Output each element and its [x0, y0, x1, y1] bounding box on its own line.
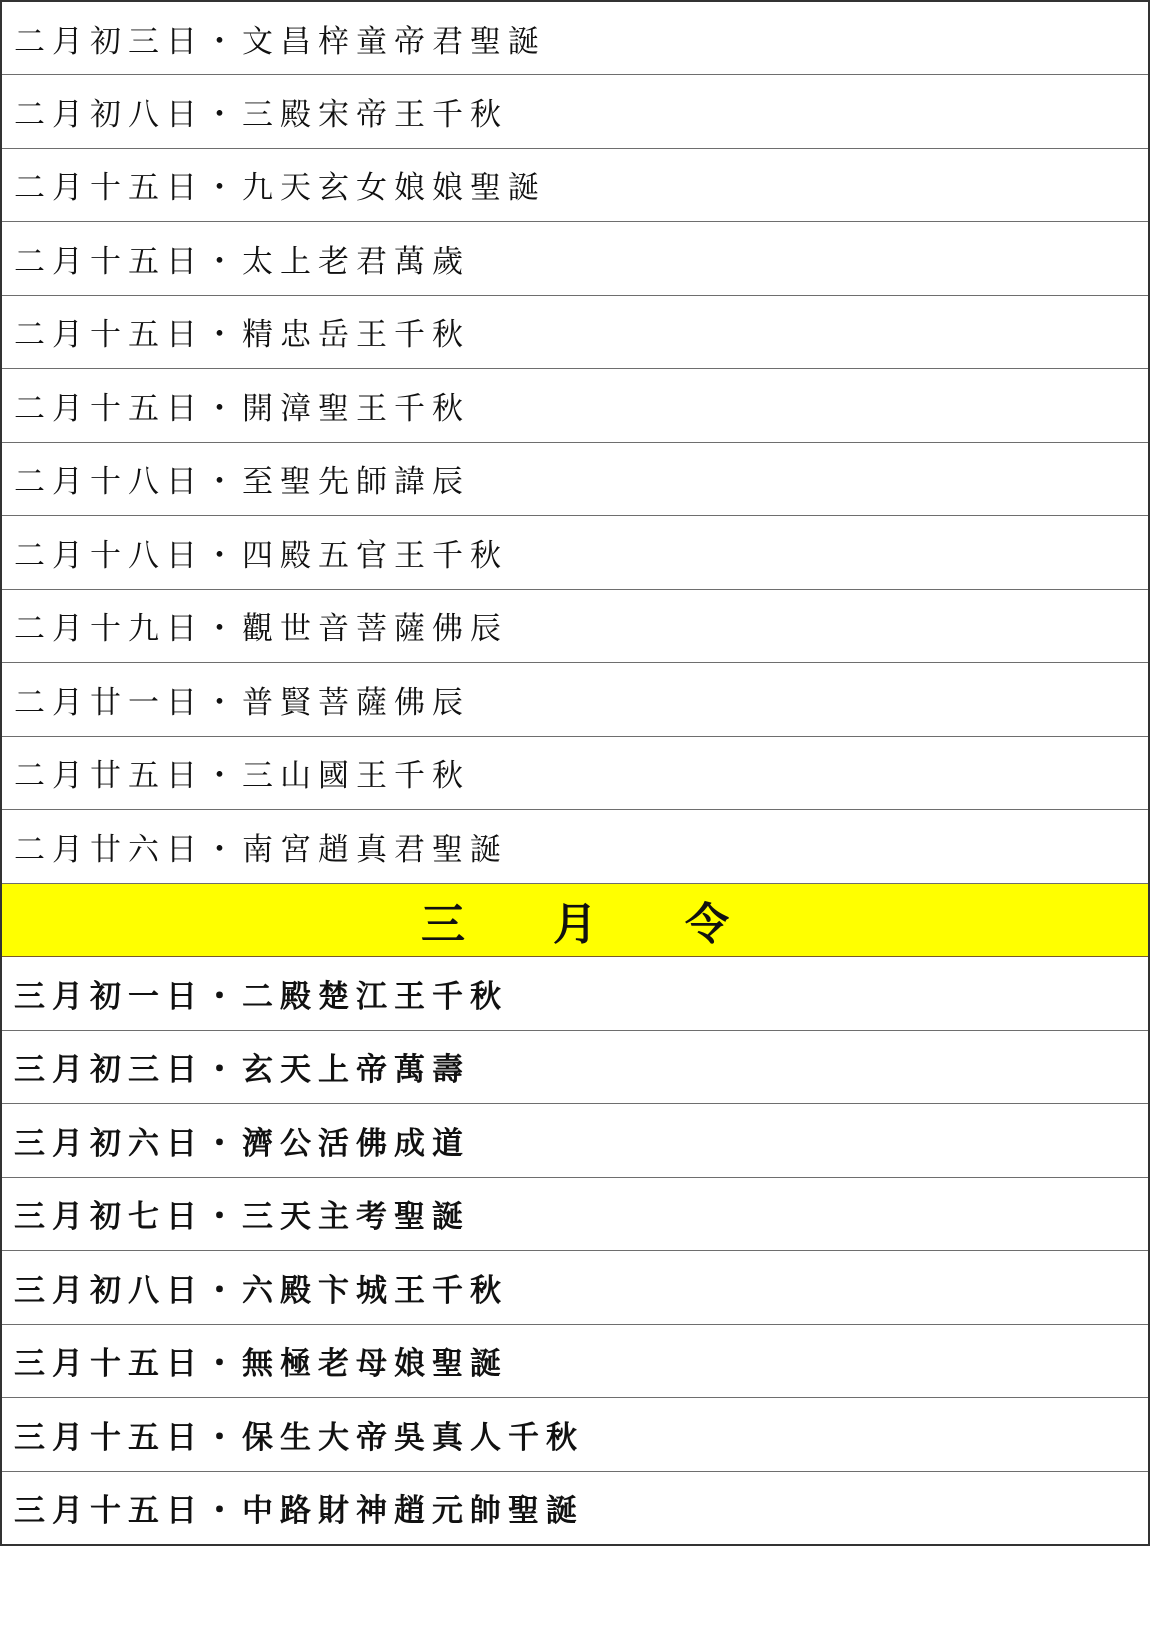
calendar-entry: 三月十五日・中路財神趙元帥聖誕 — [1, 1471, 1149, 1545]
separator-dot: ・ — [204, 391, 242, 427]
entry-date: 二月十五日 — [14, 244, 204, 280]
calendar-entry: 三月初六日・濟公活佛成道 — [1, 1104, 1149, 1178]
calendar-entry: 三月十五日・保生大帝吳真人千秋 — [1, 1398, 1149, 1472]
entry-date: 二月十九日 — [14, 611, 204, 647]
month-header-char: 月 — [553, 888, 597, 952]
separator-dot: ・ — [204, 979, 242, 1015]
entry-event: 三殿宋帝王千秋 — [242, 97, 508, 133]
separator-dot: ・ — [204, 1199, 242, 1235]
entry-event: 三天主考聖誕 — [242, 1199, 470, 1235]
entry-date: 二月廿五日 — [14, 758, 204, 794]
separator-dot: ・ — [204, 24, 242, 60]
separator-dot: ・ — [204, 1052, 242, 1088]
calendar-entry: 二月廿一日・普賢菩薩佛辰 — [1, 663, 1149, 737]
table-row: 二月十五日・太上老君萬歲 — [1, 222, 1149, 296]
separator-dot: ・ — [204, 538, 242, 574]
separator-dot: ・ — [204, 1493, 242, 1529]
entry-date: 二月廿一日 — [14, 685, 204, 721]
calendar-entry: 三月初三日・玄天上帝萬壽 — [1, 1030, 1149, 1104]
table-row: 二月廿一日・普賢菩薩佛辰 — [1, 663, 1149, 737]
month-header: 三月令 — [1, 883, 1149, 957]
table-row: 二月廿五日・三山國王千秋 — [1, 736, 1149, 810]
table-row: 三月初六日・濟公活佛成道 — [1, 1104, 1149, 1178]
separator-dot: ・ — [204, 317, 242, 353]
entry-event: 至聖先師諱辰 — [242, 464, 470, 500]
deity-birthday-calendar-table: 二月初三日・文昌梓童帝君聖誕 二月初八日・三殿宋帝王千秋 二月十五日・九天玄女娘… — [0, 0, 1150, 1546]
separator-dot: ・ — [204, 1126, 242, 1162]
calendar-entry: 二月初三日・文昌梓童帝君聖誕 — [1, 1, 1149, 75]
table-row: 二月初三日・文昌梓童帝君聖誕 — [1, 1, 1149, 75]
table-row: 二月十五日・九天玄女娘娘聖誕 — [1, 148, 1149, 222]
entry-date: 二月十八日 — [14, 464, 204, 500]
separator-dot: ・ — [204, 1346, 242, 1382]
table-row: 三月初七日・三天主考聖誕 — [1, 1177, 1149, 1251]
entry-date: 二月初八日 — [14, 97, 204, 133]
entry-event: 無極老母娘聖誕 — [242, 1346, 508, 1382]
table-row: 二月十八日・至聖先師諱辰 — [1, 442, 1149, 516]
table-row: 三月十五日・中路財神趙元帥聖誕 — [1, 1471, 1149, 1545]
table-row: 三月十五日・保生大帝吳真人千秋 — [1, 1398, 1149, 1472]
calendar-entry: 二月十五日・太上老君萬歲 — [1, 222, 1149, 296]
separator-dot: ・ — [204, 97, 242, 133]
entry-event: 六殿卞城王千秋 — [242, 1273, 508, 1309]
table-row: 二月初八日・三殿宋帝王千秋 — [1, 75, 1149, 149]
entry-date: 三月十五日 — [14, 1346, 204, 1382]
calendar-entry: 二月廿六日・南宮趙真君聖誕 — [1, 810, 1149, 884]
separator-dot: ・ — [204, 685, 242, 721]
calendar-entry: 二月十九日・觀世音菩薩佛辰 — [1, 589, 1149, 663]
separator-dot: ・ — [204, 170, 242, 206]
entry-event: 太上老君萬歲 — [242, 244, 470, 280]
table-row: 三月初一日・二殿楚江王千秋 — [1, 957, 1149, 1031]
entry-date: 二月初三日 — [14, 24, 204, 60]
entry-event: 中路財神趙元帥聖誕 — [242, 1493, 584, 1529]
entry-event: 精忠岳王千秋 — [242, 317, 470, 353]
entry-date: 三月初八日 — [14, 1273, 204, 1309]
entry-date: 二月十五日 — [14, 317, 204, 353]
entry-event: 開漳聖王千秋 — [242, 391, 470, 427]
entry-event: 普賢菩薩佛辰 — [242, 685, 470, 721]
entry-event: 玄天上帝萬壽 — [242, 1052, 470, 1088]
calendar-entry: 三月初七日・三天主考聖誕 — [1, 1177, 1149, 1251]
separator-dot: ・ — [204, 758, 242, 794]
month-header-char: 三 — [421, 888, 465, 952]
calendar-entry: 二月十五日・精忠岳王千秋 — [1, 295, 1149, 369]
entry-date: 二月十五日 — [14, 170, 204, 206]
separator-dot: ・ — [204, 1420, 242, 1456]
calendar-entry: 二月十八日・四殿五官王千秋 — [1, 516, 1149, 590]
entry-date: 三月初一日 — [14, 979, 204, 1015]
table-row: 三月初三日・玄天上帝萬壽 — [1, 1030, 1149, 1104]
month-header-char: 令 — [685, 888, 729, 952]
entry-event: 濟公活佛成道 — [242, 1126, 470, 1162]
calendar-entry: 二月初八日・三殿宋帝王千秋 — [1, 75, 1149, 149]
entry-event: 文昌梓童帝君聖誕 — [242, 24, 546, 60]
entry-event: 九天玄女娘娘聖誕 — [242, 170, 546, 206]
entry-date: 三月初三日 — [14, 1052, 204, 1088]
table-row: 二月十五日・精忠岳王千秋 — [1, 295, 1149, 369]
table-row: 二月十九日・觀世音菩薩佛辰 — [1, 589, 1149, 663]
entry-event: 南宮趙真君聖誕 — [242, 832, 508, 868]
separator-dot: ・ — [204, 832, 242, 868]
calendar-entry: 三月初八日・六殿卞城王千秋 — [1, 1251, 1149, 1325]
entry-event: 四殿五官王千秋 — [242, 538, 508, 574]
table-row: 二月十五日・開漳聖王千秋 — [1, 369, 1149, 443]
entry-event: 三山國王千秋 — [242, 758, 470, 794]
entry-date: 二月廿六日 — [14, 832, 204, 868]
table-row: 二月廿六日・南宮趙真君聖誕 — [1, 810, 1149, 884]
entry-date: 三月初六日 — [14, 1126, 204, 1162]
table-row: 三月十五日・無極老母娘聖誕 — [1, 1324, 1149, 1398]
calendar-entry: 二月十五日・九天玄女娘娘聖誕 — [1, 148, 1149, 222]
calendar-entry: 三月十五日・無極老母娘聖誕 — [1, 1324, 1149, 1398]
calendar-entry: 三月初一日・二殿楚江王千秋 — [1, 957, 1149, 1031]
entry-event: 觀世音菩薩佛辰 — [242, 611, 508, 647]
entry-event: 二殿楚江王千秋 — [242, 979, 508, 1015]
table-row: 三月初八日・六殿卞城王千秋 — [1, 1251, 1149, 1325]
separator-dot: ・ — [204, 611, 242, 647]
separator-dot: ・ — [204, 244, 242, 280]
entry-date: 三月十五日 — [14, 1420, 204, 1456]
entry-date: 三月初七日 — [14, 1199, 204, 1235]
separator-dot: ・ — [204, 1273, 242, 1309]
entry-date: 二月十八日 — [14, 538, 204, 574]
calendar-entry: 二月十八日・至聖先師諱辰 — [1, 442, 1149, 516]
table-row: 二月十八日・四殿五官王千秋 — [1, 516, 1149, 590]
entry-date: 三月十五日 — [14, 1493, 204, 1529]
separator-dot: ・ — [204, 464, 242, 500]
calendar-entry: 二月廿五日・三山國王千秋 — [1, 736, 1149, 810]
calendar-entry: 二月十五日・開漳聖王千秋 — [1, 369, 1149, 443]
entry-event: 保生大帝吳真人千秋 — [242, 1420, 584, 1456]
entry-date: 二月十五日 — [14, 391, 204, 427]
month-header-row: 三月令 — [1, 883, 1149, 957]
